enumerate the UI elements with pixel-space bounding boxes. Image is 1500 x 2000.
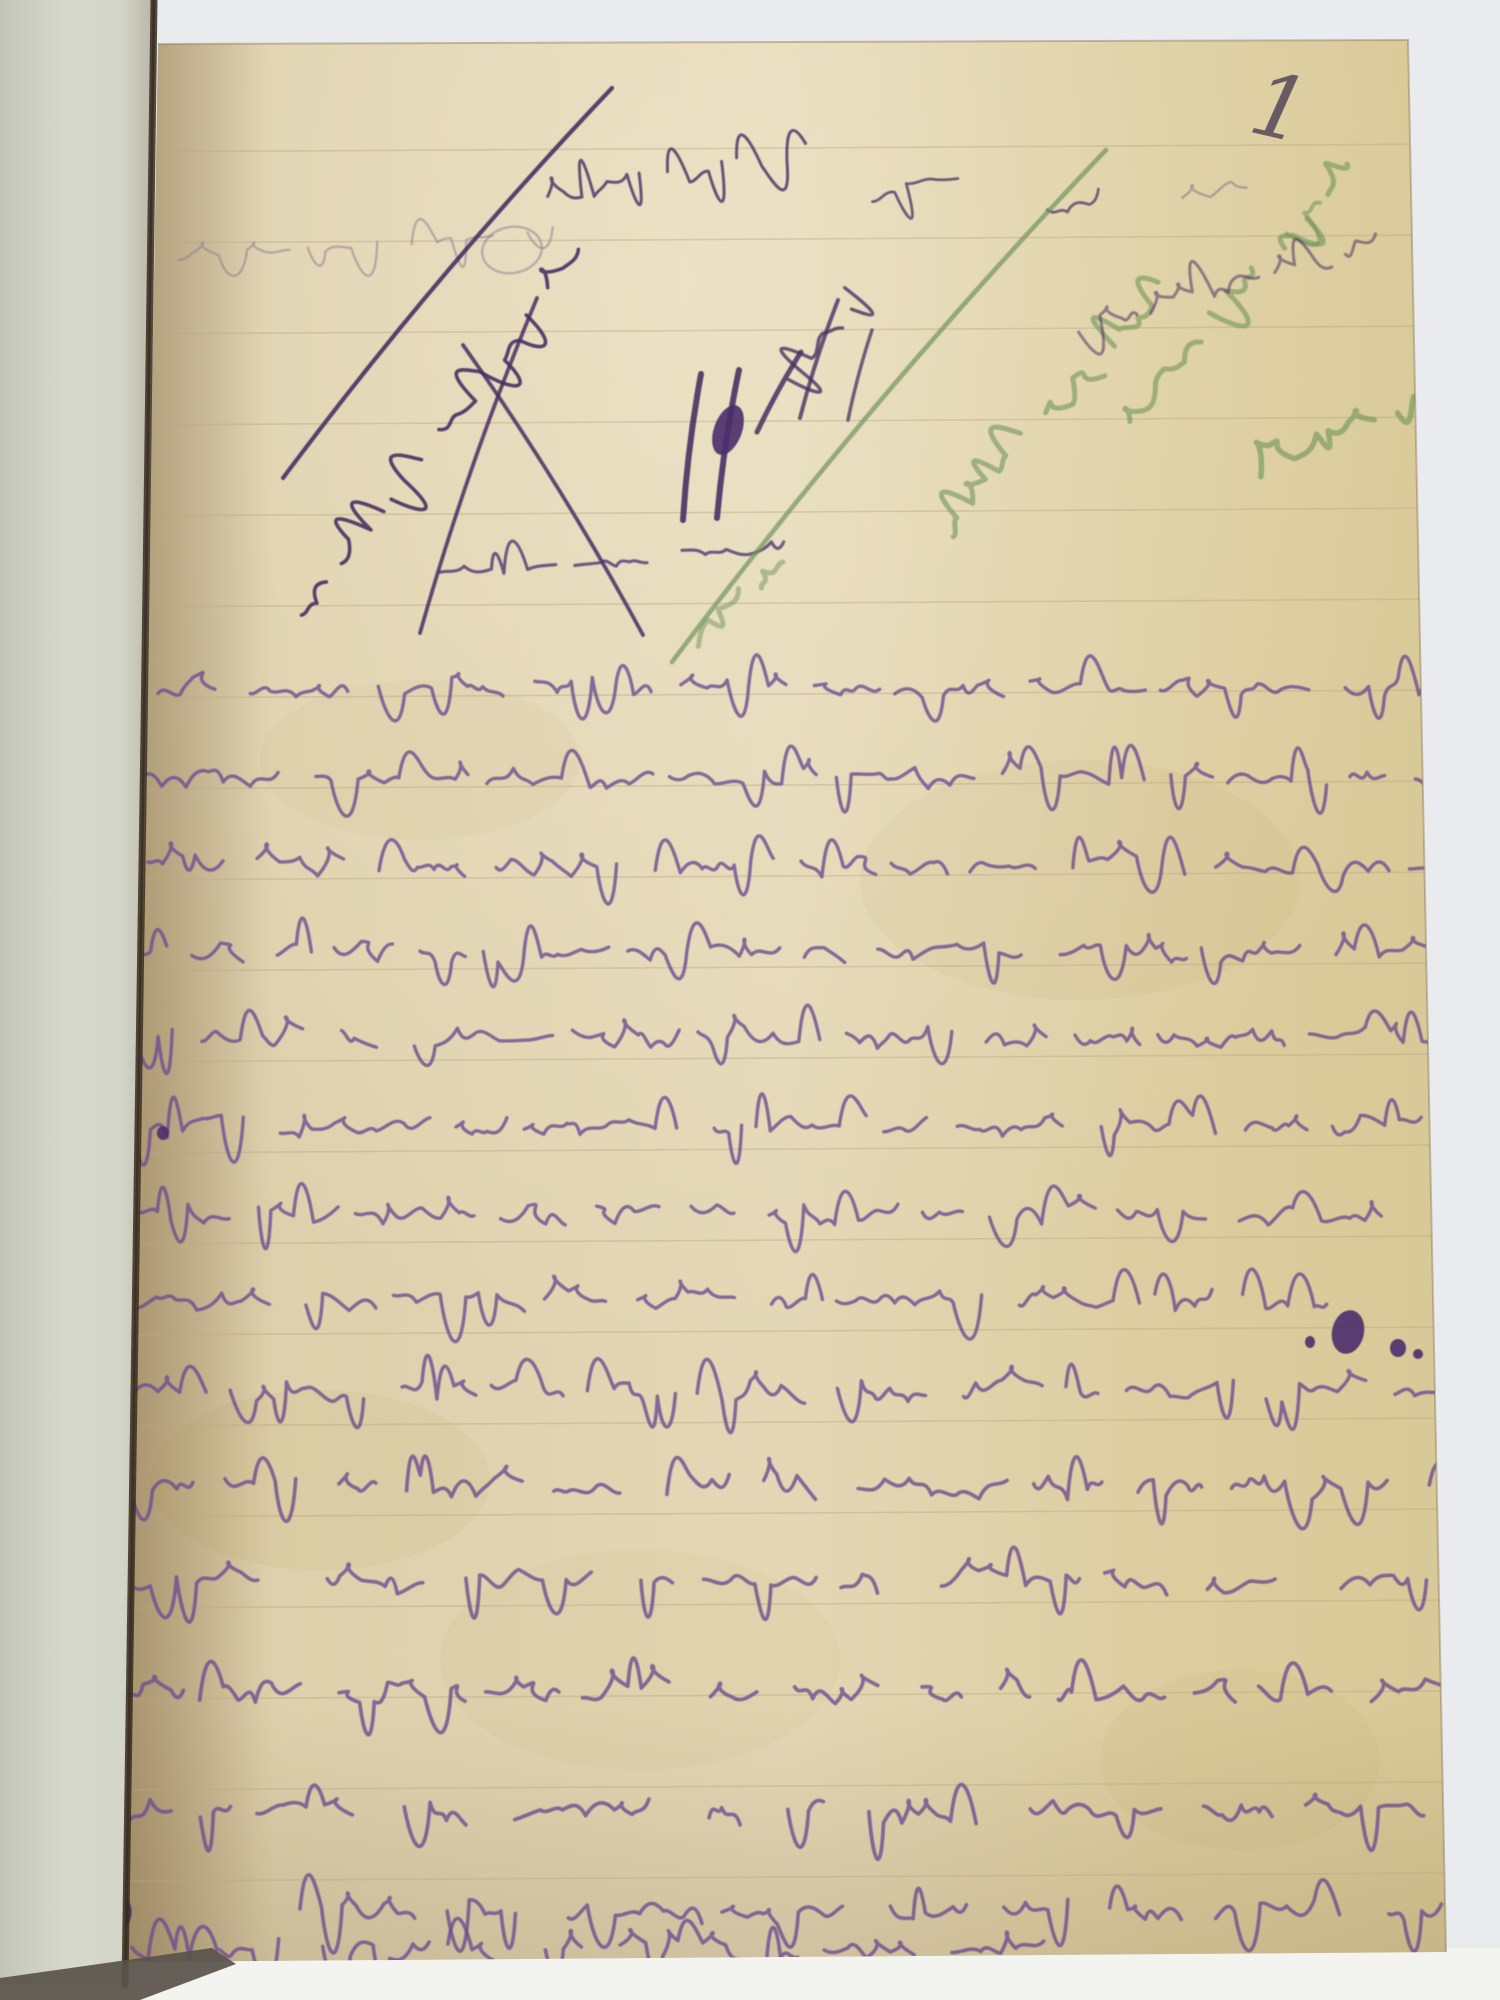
ink-blot (1305, 1336, 1315, 1348)
paper-stain (150, 1390, 490, 1570)
page-content (0, 0, 1500, 2000)
photo-of-manuscript: 1 (0, 0, 1500, 2000)
ink-blot (157, 1126, 169, 1140)
ink-blot (1413, 1349, 1423, 1359)
ink-blot (1390, 1339, 1406, 1357)
document-photo (0, 0, 1500, 2000)
paper-stain (1100, 1670, 1380, 1850)
